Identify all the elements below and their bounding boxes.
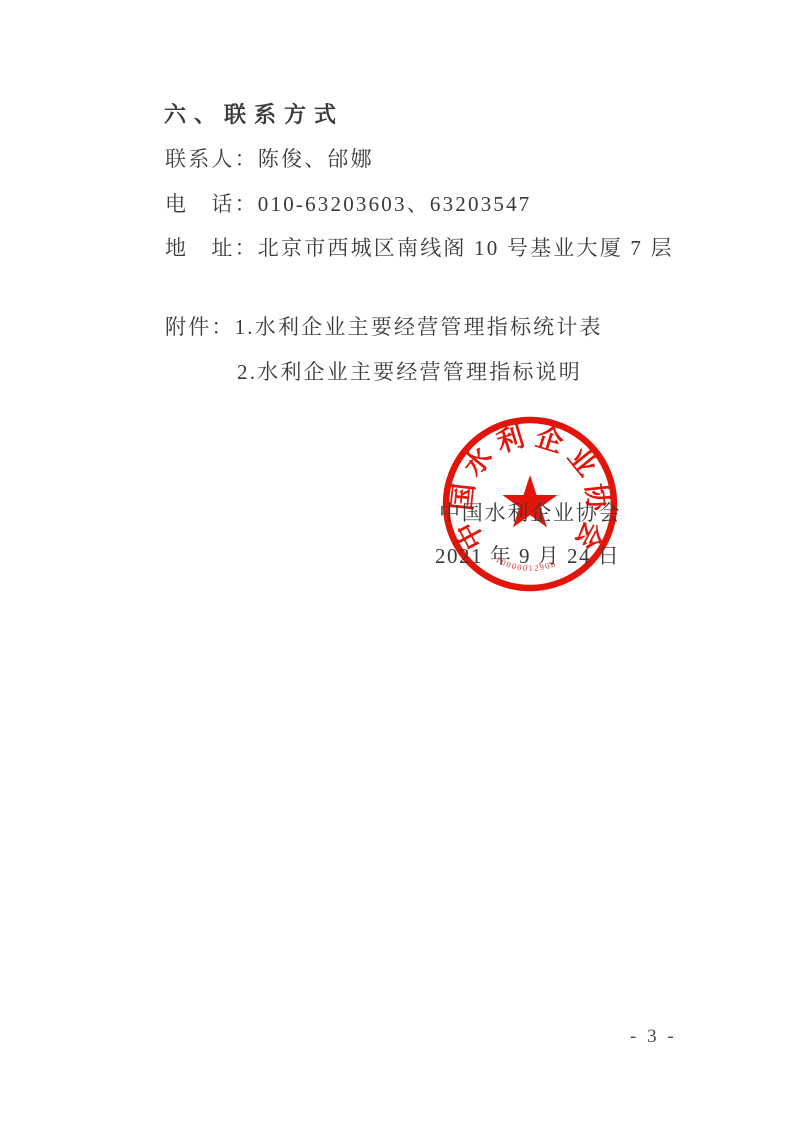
signature-organization: 中国水利企业协会 (439, 501, 621, 525)
signature-date: 2021 年 9 月 24 日 (435, 544, 620, 568)
document-page: 六、联系方式 联系人：陈俊、邰娜 电 话：010-63203603、632035… (0, 0, 800, 1131)
contact-person-line: 联系人：陈俊、邰娜 (165, 147, 374, 171)
section-heading: 六、联系方式 (164, 102, 344, 127)
attachments-line-1: 附件：1.水利企业主要经营管理指标统计表 (165, 315, 603, 339)
page-number: - 3 - (630, 1026, 677, 1048)
attachments-line-2: 2.水利企业主要经营管理指标说明 (237, 360, 582, 384)
address-line: 地 址：北京市西城区南线阁 10 号基业大厦 7 层 (165, 236, 674, 260)
phone-line: 电 话：010-63203603、63203547 (165, 192, 532, 216)
